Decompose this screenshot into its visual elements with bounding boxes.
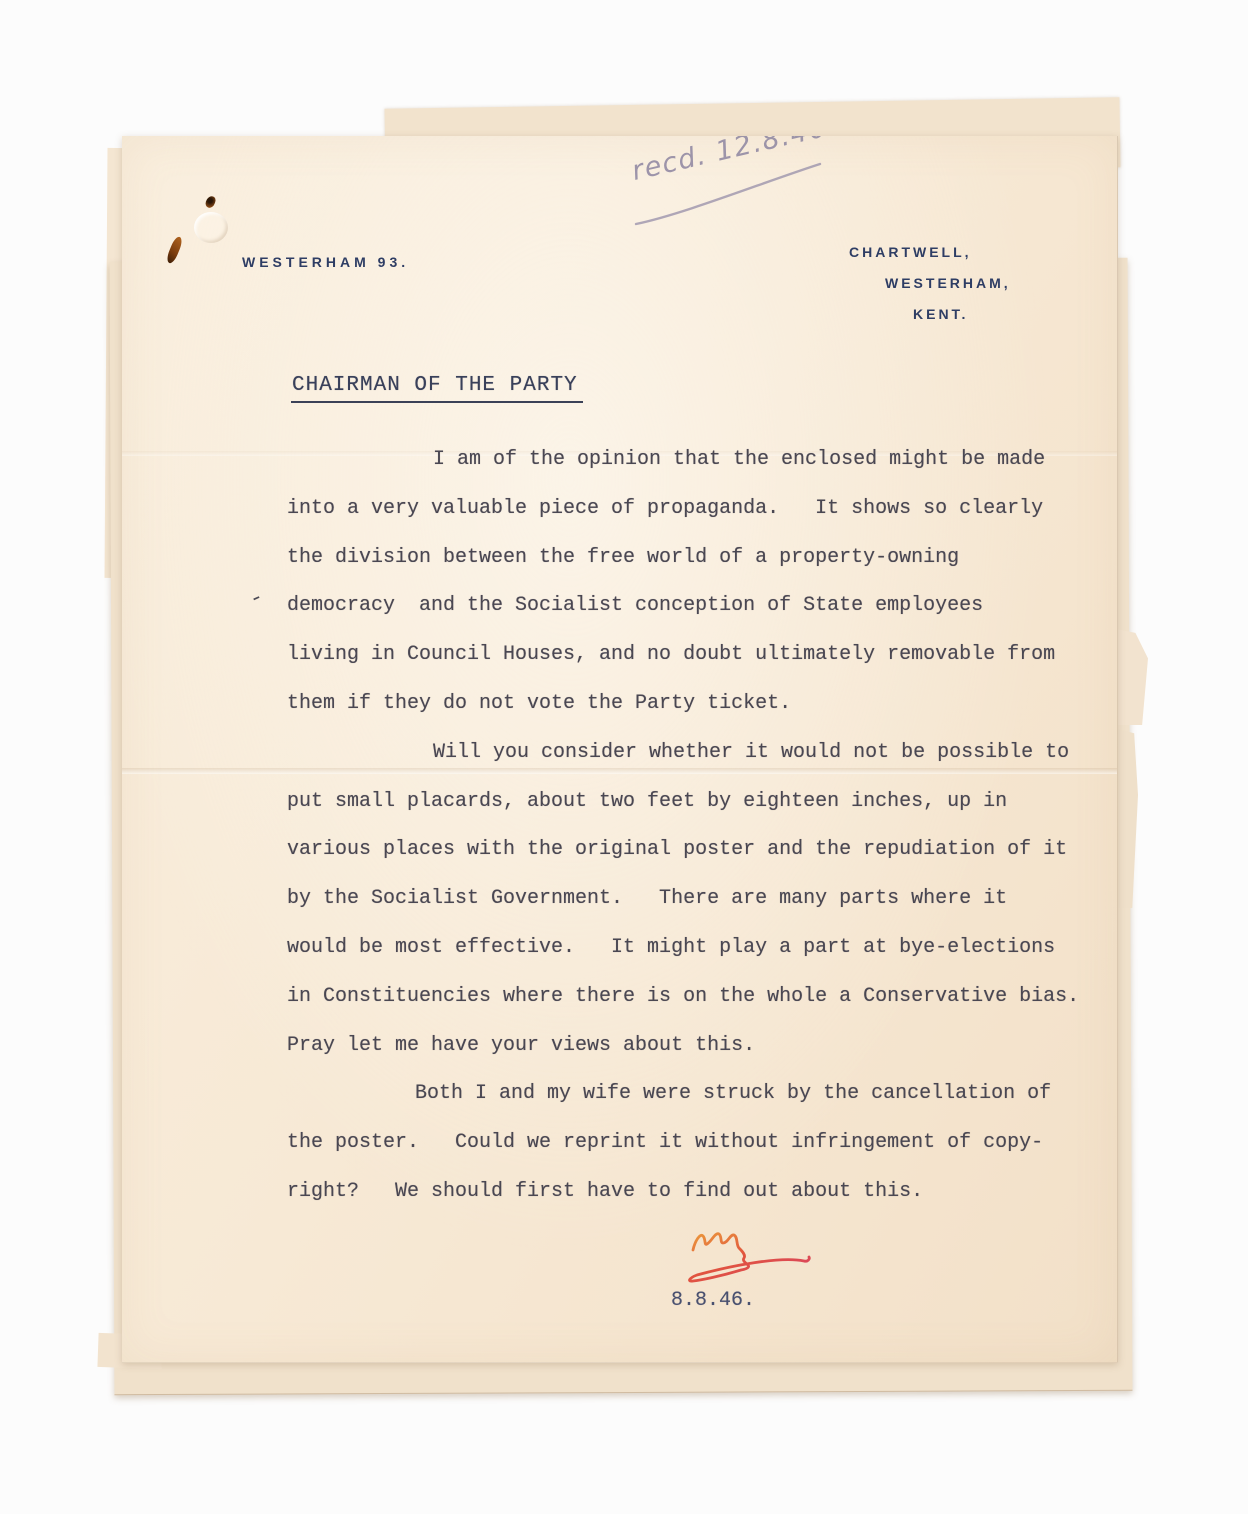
body-line: them if they do not vote the Party ticke… xyxy=(287,680,1118,729)
body-line: put small placards, about two feet by ei… xyxy=(287,778,1118,827)
body-line: Both I and my wife were struck by the ca… xyxy=(287,1070,1118,1119)
letter-body: I am of the opinion that the enclosed mi… xyxy=(287,436,1118,1217)
body-line: into a very valuable piece of propaganda… xyxy=(287,485,1118,534)
margin-tick-mark: - xyxy=(245,584,267,612)
body-line: various places with the original poster … xyxy=(287,826,1118,875)
signature-initials-red-ink xyxy=(662,1228,818,1294)
body-line: by the Socialist Government. There are m… xyxy=(287,875,1118,924)
letter-sheet: recd. 12.8.40. WESTERHAM 93. CHARTWELL, … xyxy=(122,136,1118,1363)
punch-emboss-mark xyxy=(194,212,228,243)
letterhead-phone: WESTERHAM 93. xyxy=(242,254,409,270)
typed-date: 8.8.46. xyxy=(671,1288,755,1314)
rust-stain-streak xyxy=(165,235,184,264)
letterhead-address-line: KENT. xyxy=(913,306,968,322)
body-line: I am of the opinion that the enclosed mi… xyxy=(287,436,1118,485)
body-line: democracy and the Socialist conception o… xyxy=(287,582,1118,631)
received-date-annotation: recd. 12.8.40. xyxy=(629,136,840,187)
body-line: the poster. Could we reprint it without … xyxy=(287,1119,1118,1168)
body-line: Pray let me have your views about this. xyxy=(287,1022,1118,1071)
body-line: would be most effective. It might play a… xyxy=(287,924,1118,973)
rust-stain-dot xyxy=(204,195,216,209)
body-line: in Constituencies where there is on the … xyxy=(287,973,1118,1022)
photo-background: recd. 12.8.40. WESTERHAM 93. CHARTWELL, … xyxy=(0,0,1248,1514)
body-line: right? We should first have to find out … xyxy=(287,1168,1118,1217)
body-line: Will you consider whether it would not b… xyxy=(287,729,1118,778)
body-line: living in Council Houses, and no doubt u… xyxy=(287,631,1118,680)
letterhead-address-line: WESTERHAM, xyxy=(885,275,1011,291)
letterhead-address-line: CHARTWELL, xyxy=(849,244,972,260)
letter-heading: CHAIRMAN OF THE PARTY xyxy=(291,374,583,403)
body-line: the division between the free world of a… xyxy=(287,534,1118,583)
